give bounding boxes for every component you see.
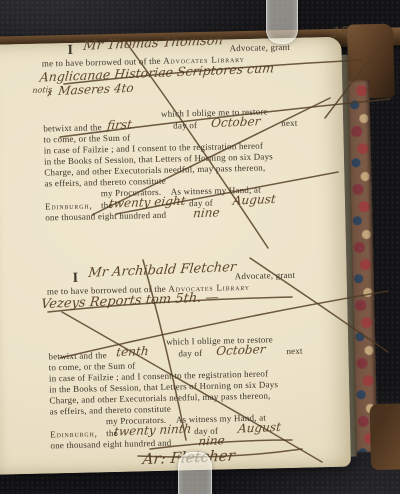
return-day-handwritten: first bbox=[106, 117, 132, 132]
betwixt-text: betwixt and the bbox=[43, 122, 102, 133]
page-marker-tab-top bbox=[266, 0, 298, 44]
open-book: 15. I Mr Thomas Thomson Advocate, grant … bbox=[0, 0, 400, 494]
signing-month-handwritten: August bbox=[237, 420, 281, 436]
return-month-handwritten: October bbox=[210, 114, 261, 130]
to-come-text: to come, or the Sum of bbox=[43, 133, 130, 145]
deletion-mark: ✗ bbox=[46, 89, 53, 98]
thousand-text: one thousand eight hundred and bbox=[45, 210, 166, 223]
book-title-line2-handwritten: Maseres 4to bbox=[58, 81, 135, 98]
form-opening-initial: I bbox=[67, 43, 73, 59]
form-opening-initial: I bbox=[73, 271, 79, 287]
next-text: next bbox=[281, 118, 298, 128]
borrower-name-handwritten: Mr Archibald Fletcher bbox=[88, 260, 237, 281]
betwixt-text: betwixt and the bbox=[48, 350, 107, 361]
borrowing-form-fletcher: I Mr Archibald Fletcher Advocate, grant … bbox=[0, 265, 346, 273]
day-of-text: day of bbox=[173, 120, 197, 131]
edinburgh-text: Edinburgh, bbox=[50, 428, 98, 439]
year-handwritten: nine bbox=[193, 205, 221, 220]
page-number: 15. bbox=[330, 24, 354, 41]
signing-month-handwritten: August bbox=[232, 192, 276, 208]
signing-day-handwritten: twenty ninth bbox=[113, 422, 192, 439]
next-text: next bbox=[286, 346, 303, 356]
signing-day-handwritten: twenty eight bbox=[108, 194, 186, 211]
register-page: 15. I Mr Thomas Thomson Advocate, grant … bbox=[0, 37, 351, 475]
day-of-text: day of bbox=[178, 348, 202, 359]
page-marker-tab-bottom bbox=[178, 452, 212, 494]
return-month-handwritten: October bbox=[216, 342, 267, 358]
thousand-text: one thousand eight hundred and bbox=[50, 438, 171, 451]
photograph-of-register-page: 15. I Mr Thomas Thomson Advocate, grant … bbox=[0, 0, 400, 494]
binding-corner-bottom-right bbox=[370, 403, 400, 470]
return-day-handwritten: tenth bbox=[116, 344, 150, 359]
advocate-grant-text: Advocate, grant bbox=[235, 270, 296, 281]
edinburgh-text: Edinburgh, bbox=[45, 200, 93, 211]
to-come-text: to come, or the Sum of bbox=[49, 360, 136, 372]
